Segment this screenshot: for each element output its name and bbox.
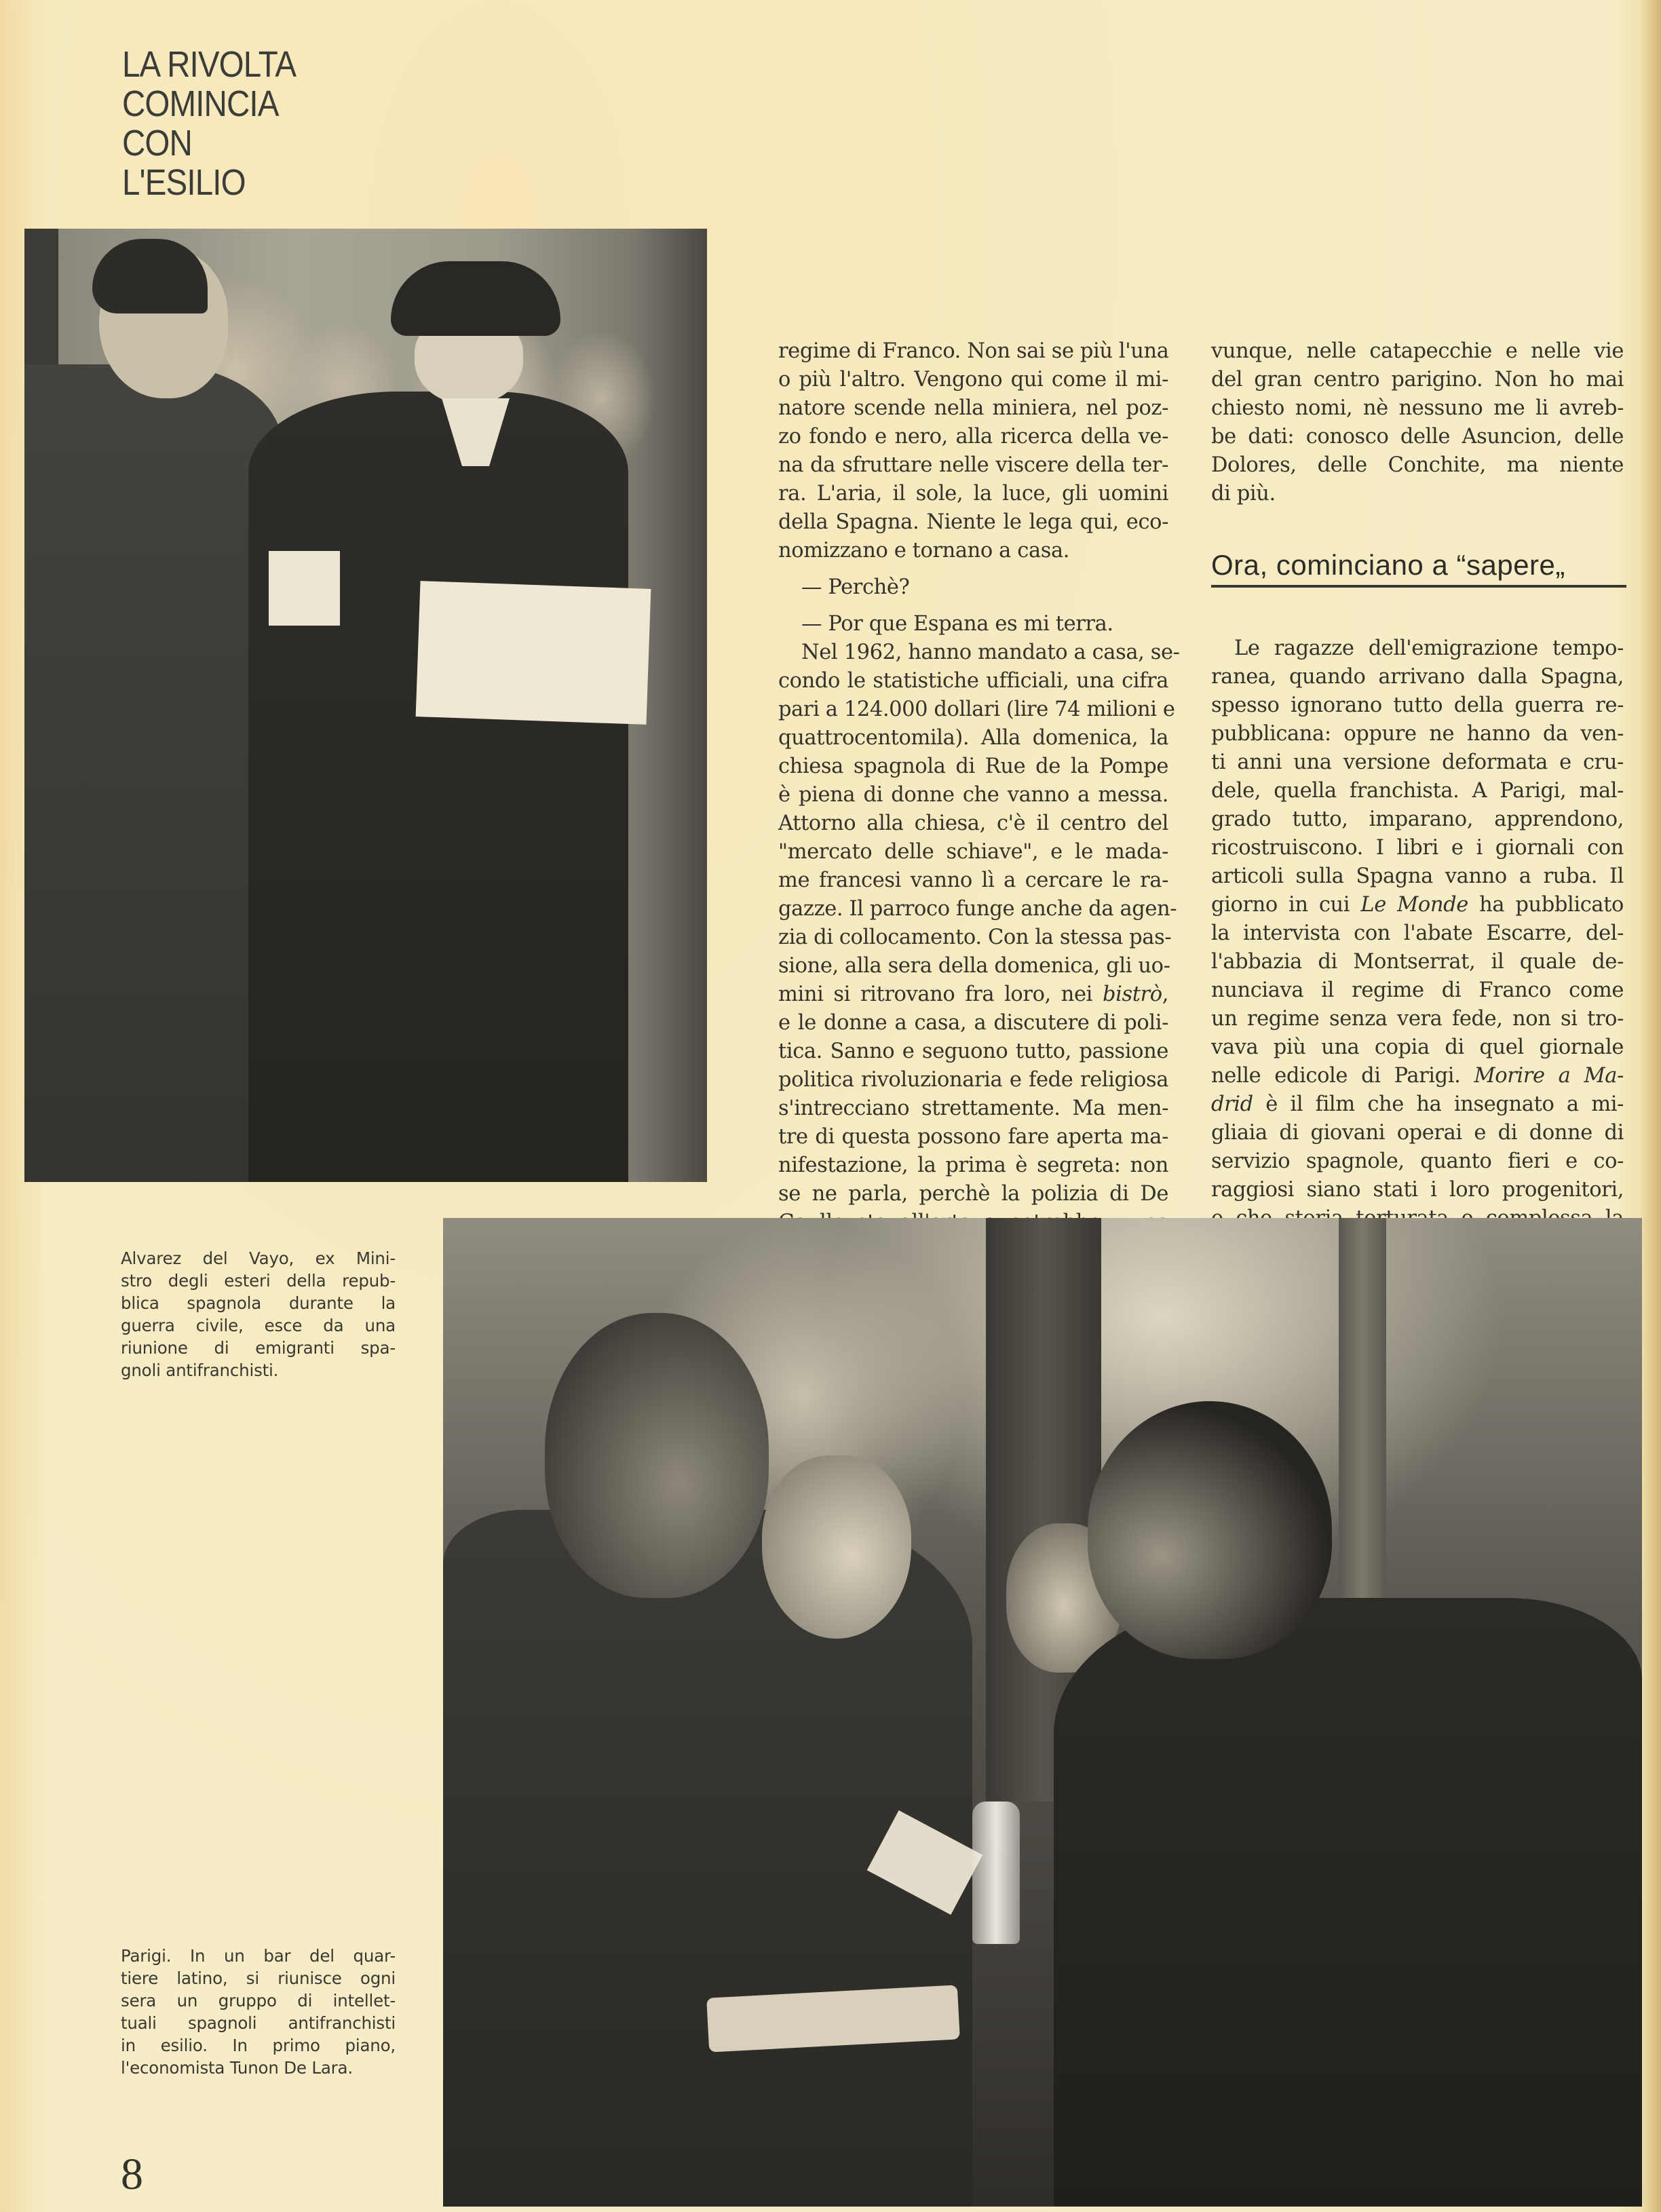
text-line: dele, quella franchista. A Parigi, mal-	[1211, 777, 1624, 805]
photo-head-left	[545, 1313, 769, 1598]
text-line: condo le statistiche ufficiali, una cifr…	[778, 667, 1168, 695]
italic-film-title: drid	[1211, 1092, 1253, 1116]
text-line: gazze. Il parroco funge anche da agen-	[778, 895, 1168, 923]
title-line: L'ESILIO	[122, 163, 373, 202]
text-line: servizio spagnole, quanto fieri e co-	[1211, 1147, 1624, 1176]
text-line: me francesi vanno lì a cercare le ra-	[778, 866, 1168, 895]
text-line: vunque, nelle catapecchie e nelle vie	[1211, 337, 1624, 366]
article-title: LA RIVOLTA COMINCIA CON L'ESILIO	[122, 45, 373, 202]
caption-line: l'economista Tunon De Lara.	[121, 2057, 396, 2079]
caption-line: stro degli esteri della repub-	[121, 1270, 396, 1292]
photo-face-tunon-de-lara	[762, 1455, 911, 1639]
dialogue-line: — Perchè?	[778, 573, 1168, 602]
text-line: mini si ritrovano fra loro, nei bistrò,	[778, 980, 1168, 1009]
text-line: sione, alla sera della domenica, gli uo-	[778, 952, 1168, 980]
text-line: natore scende nella miniera, nel poz-	[778, 394, 1168, 423]
page-number: 8	[121, 2152, 143, 2197]
text-line: s'intrecciano strettamente. Ma men-	[778, 1094, 1168, 1123]
text-line: drid è il film che ha insegnato a mi-	[1211, 1090, 1624, 1119]
photo-figure-center	[248, 392, 628, 1182]
caption-line: tiere latino, si riunisce ogni	[121, 1967, 396, 1989]
text-line: se ne parla, perchè la polizia di De	[778, 1180, 1168, 1208]
photo-bar-latin-quarter	[443, 1218, 1642, 2207]
italic-film-title: Morire a Ma-	[1474, 1064, 1624, 1088]
text-line: l'abbazia di Montserrat, il quale de-	[1211, 948, 1624, 976]
title-line: CON	[122, 123, 373, 163]
photo-caption-top: Alvarez del Vayo, ex Mini- stro degli es…	[121, 1247, 396, 1381]
text-line: Attorno alla chiesa, c'è il centro del	[778, 809, 1168, 838]
photo-figure-left	[24, 364, 282, 1182]
body-column-right: Le ragazze dell'emigrazione tempo- ranea…	[1211, 634, 1624, 1290]
photo-hair-left	[92, 239, 208, 313]
text-line: grado tutto, imparano, apprendono,	[1211, 805, 1624, 834]
text-line: o più l'altro. Vengono qui come il mi-	[778, 366, 1168, 394]
text-line: giorno in cui Le Monde ha pubblicato	[1211, 891, 1624, 919]
text-line: regime di Franco. Non sai se più l'una	[778, 337, 1168, 366]
caption-line: in esilio. In primo piano,	[121, 2034, 396, 2057]
text-line: nelle edicole di Parigi. Morire a Ma-	[1211, 1062, 1624, 1090]
text-line: politica rivoluzionaria e fede religiosa	[778, 1066, 1168, 1094]
photo-alvarez-del-vayo	[24, 229, 707, 1182]
text-line: raggiosi siano stati i loro progenitori,	[1211, 1176, 1624, 1204]
text-line: na da sfruttare nelle viscere della ter-	[778, 451, 1168, 480]
text-run: ,	[1162, 983, 1168, 1006]
photo-papers-small	[269, 551, 340, 626]
italic-term: bistrò	[1103, 983, 1162, 1006]
caption-line: blica spagnola durante la	[121, 1292, 396, 1314]
text-line: ricostruiscono. I libri e i giornali con	[1211, 834, 1624, 862]
text-line: ra. L'aria, il sole, la luce, gli uomini	[778, 480, 1168, 508]
text-line: di più.	[1211, 480, 1624, 508]
caption-line: tuali spagnoli antifranchisti	[121, 2012, 396, 2034]
text-line: Dolores, delle Conchite, ma niente	[1211, 451, 1624, 480]
text-run: giorno in cui	[1211, 893, 1360, 917]
body-column-right-top: vunque, nelle catapecchie e nelle vie de…	[1211, 337, 1624, 508]
text-line: nomizzano e tornano a casa.	[778, 537, 1168, 565]
text-line: nunciava il regime di Franco come	[1211, 976, 1624, 1005]
photo-bottle	[972, 1801, 1020, 1944]
text-line: gliaia di giovani operai e di donne di	[1211, 1119, 1624, 1147]
text-line: la intervista con l'abate Escarre, del-	[1211, 919, 1624, 948]
text-line: chiesa spagnola di Rue de la Pompe	[778, 752, 1168, 781]
text-line: pubblicana: oppure ne hanno da ven-	[1211, 720, 1624, 748]
caption-line: Parigi. In un bar del quar-	[121, 1945, 396, 1967]
text-line: del gran centro parigino. Non ho mai	[1211, 366, 1624, 394]
photo-pillar	[1339, 1218, 1386, 1598]
caption-line: guerra civile, esce da una	[121, 1314, 396, 1337]
caption-line: gnoli antifranchisti.	[121, 1359, 396, 1381]
text-line: Nel 1962, hanno mandato a casa, se-	[778, 638, 1168, 667]
caption-line: sera un gruppo di intellet-	[121, 1989, 396, 2012]
dialogue-line: — Por que Espana es mi terra.	[778, 610, 1168, 638]
photo-head-right	[1088, 1401, 1332, 1659]
text-run: è il film che ha insegnato a mi-	[1253, 1092, 1624, 1116]
text-line: Le ragazze dell'emigrazione tempo-	[1211, 634, 1624, 663]
title-line: LA RIVOLTA	[122, 45, 373, 84]
text-line: quattrocentomila). Alla domenica, la	[778, 724, 1168, 752]
body-column-middle: regime di Franco. Non sai se più l'una o…	[778, 337, 1168, 1351]
text-line: be dati: conosco delle Asuncion, delle	[1211, 423, 1624, 451]
text-line: è piena di donne che vanno a messa.	[778, 781, 1168, 809]
text-run: mini si ritrovano fra loro, nei	[778, 983, 1103, 1006]
caption-line: Alvarez del Vayo, ex Mini-	[121, 1247, 396, 1270]
section-subheading: Ora, cominciano a “sapere„	[1211, 547, 1626, 588]
text-run: nelle edicole di Parigi.	[1211, 1064, 1474, 1088]
text-line: chiesto nomi, nè nessuno me li avreb-	[1211, 394, 1624, 423]
text-line: ranea, quando arrivano dalla Spagna,	[1211, 663, 1624, 691]
text-line: ti anni una versione deformata e cru-	[1211, 748, 1624, 777]
text-line: spesso ignorano tutto della guerra re-	[1211, 691, 1624, 720]
text-line: della Spagna. Niente le lega qui, eco-	[778, 508, 1168, 537]
text-line: "mercato delle schiave", e le mada-	[778, 838, 1168, 866]
text-line: zia di collocamento. Con la stessa pas-	[778, 923, 1168, 952]
text-run: ha pubblicato	[1468, 893, 1624, 917]
text-line: nifestazione, la prima è segreta: non	[778, 1151, 1168, 1180]
text-line: e le donne a casa, a discutere di poli-	[778, 1009, 1168, 1037]
text-line: zo fondo e nero, alla ricerca della ve-	[778, 423, 1168, 451]
text-line: tre di questa possono fare aperta ma-	[778, 1123, 1168, 1151]
photo-papers	[416, 581, 651, 725]
text-line: vava più una copia di quel giornale	[1211, 1033, 1624, 1062]
photo-hat	[391, 261, 560, 336]
photo-figure-right	[1054, 1598, 1642, 2207]
text-line: pari a 124.000 dollari (lire 74 milioni …	[778, 695, 1168, 724]
caption-line: riunione di emigranti spa-	[121, 1337, 396, 1359]
title-line: COMINCIA	[122, 84, 373, 123]
text-line: un regime senza vera fede, non si tro-	[1211, 1005, 1624, 1033]
photo-caption-bottom: Parigi. In un bar del quar- tiere latino…	[121, 1945, 396, 2079]
text-line: articoli sulla Spagna vanno a ruba. Il	[1211, 862, 1624, 891]
italic-newspaper-title: Le Monde	[1360, 893, 1468, 917]
text-line: tica. Sanno e seguono tutto, passione	[778, 1037, 1168, 1066]
